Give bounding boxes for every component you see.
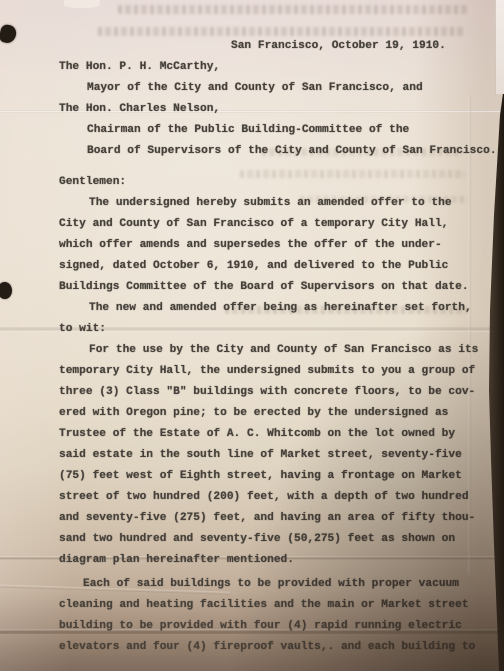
letter-line: temporary City Hall, the undersigned sub… bbox=[59, 361, 504, 382]
letter-line: building to be provided with four (4) ra… bbox=[59, 616, 504, 637]
letter-line: The undersigned hereby submits an amende… bbox=[59, 193, 504, 214]
letter-line: The Hon. P. H. McCarthy, bbox=[59, 57, 504, 78]
letter-line: sand two hundred and seventy-five (50,27… bbox=[59, 529, 504, 550]
bleed-through-line bbox=[98, 27, 466, 36]
document-photo: San Francisco, October 19, 1910.The Hon.… bbox=[0, 0, 504, 671]
letter-line: Buildings Committee of the Board of Supe… bbox=[59, 277, 504, 298]
paper-edge-sliver bbox=[495, 0, 504, 94]
letter-line: Gentlemen: bbox=[59, 172, 504, 193]
letter-line: Mayor of the City and County of San Fran… bbox=[59, 78, 504, 99]
letter-line: San Francisco, October 19, 1910. bbox=[59, 36, 504, 57]
letter-line: diagram plan hereinafter mentioned. bbox=[59, 550, 504, 571]
letter-line: Board of Supervisors of the City and Cou… bbox=[59, 141, 504, 162]
punch-hole bbox=[0, 24, 18, 45]
letter-line: Each of said buildings to be provided wi… bbox=[59, 574, 504, 595]
letter-line: The Hon. Charles Nelson, bbox=[59, 99, 504, 120]
letter-line: elevators and four (4) fireproof vaults,… bbox=[59, 637, 504, 658]
bleed-through-line bbox=[118, 5, 470, 14]
letter-line: street of two hundred (200) feet, with a… bbox=[59, 487, 504, 508]
letter-line: to wit: bbox=[59, 319, 504, 340]
letter-line: Trustee of the Estate of A. C. Whitcomb … bbox=[59, 424, 504, 445]
letter-line: which offer amends and supersedes the of… bbox=[59, 235, 504, 256]
letter-line: ered with Oregon pine; to be erected by … bbox=[59, 403, 504, 424]
letter-line: said estate in the south line of Market … bbox=[59, 445, 504, 466]
letter-line: and seventy-five (275) feet, and having … bbox=[59, 508, 504, 529]
letter-line: signed, dated October 6, 1910, and deliv… bbox=[59, 256, 504, 277]
letter-line: cleaning and heating facilities and the … bbox=[59, 595, 504, 616]
letter-line: (75) feet west of Eighth street, having … bbox=[59, 466, 504, 487]
letter-line: City and County of San Francisco of a te… bbox=[59, 214, 504, 235]
letter-line: Chairman of the Public Building-Committe… bbox=[59, 120, 504, 141]
punch-hole bbox=[0, 281, 13, 300]
letter-line: three (3) Class "B" buildings with concr… bbox=[59, 382, 504, 403]
letter-lines: San Francisco, October 19, 1910.The Hon.… bbox=[59, 36, 504, 658]
letter-line: The new and amended offer being as herei… bbox=[59, 298, 504, 319]
paper-edge-highlight bbox=[64, 0, 100, 8]
letter-line: For the use by the City and County of Sa… bbox=[59, 340, 504, 361]
